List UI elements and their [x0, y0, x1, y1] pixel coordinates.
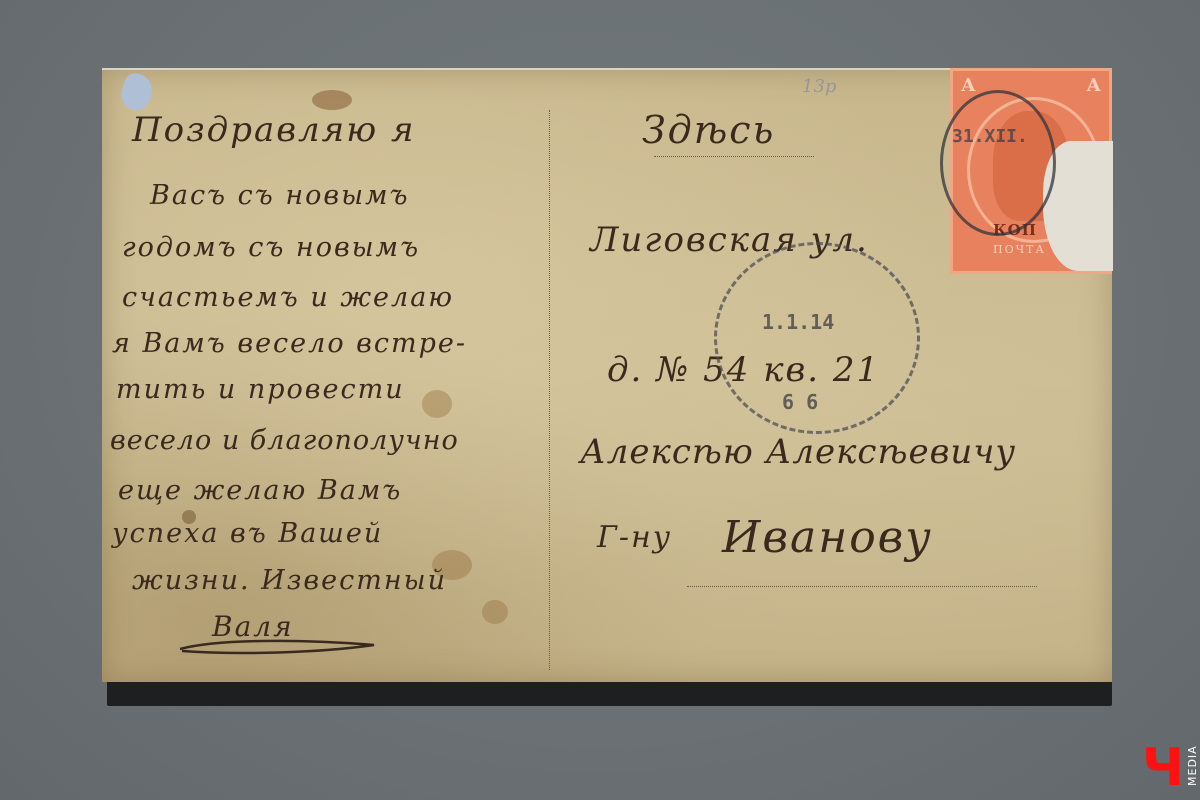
card-shadow — [107, 680, 1112, 706]
paper-chip — [118, 71, 156, 114]
message-line: счастьемъ и желаю — [122, 282, 454, 313]
signature-flourish — [178, 635, 378, 655]
watermark-text: MEDIA — [1186, 745, 1199, 786]
media-watermark: Ч MEDIA — [1142, 742, 1182, 794]
message-line: успеха въ Вашей — [112, 518, 383, 549]
message-line: годомъ съ новымъ — [122, 232, 420, 263]
stain — [482, 600, 508, 624]
message-line: еще желаю Вамъ — [118, 475, 402, 506]
watermark-glyph: Ч — [1142, 742, 1184, 794]
stain — [422, 390, 452, 418]
message-line: Васъ съ новымъ — [150, 180, 409, 211]
dotted-underline — [654, 156, 814, 157]
message-line: весело и благополучно — [110, 425, 459, 456]
stamp-label: ПОЧТА — [993, 243, 1046, 256]
stamp-corner-letter: А — [961, 75, 976, 96]
stamp-cancel-mark — [940, 90, 1056, 236]
address-surname: Иванову — [722, 512, 933, 563]
cancel-date: 31.XII. — [952, 126, 1028, 147]
message-line: я Вамъ весело встре- — [112, 328, 467, 359]
postcard: Поздравляю я Васъ съ новымъ годомъ съ но… — [102, 68, 1112, 682]
pencil-note: 13р — [802, 76, 836, 97]
postmark-code: 6 6 — [782, 390, 818, 414]
postmark-date: 1.1.14 — [762, 310, 834, 334]
center-divider — [549, 110, 550, 670]
dotted-underline — [687, 586, 1037, 587]
address-recipient: Алексѣю Алексѣевичу — [580, 432, 1016, 472]
stamp-corner-letter: А — [1086, 75, 1101, 96]
address-title: Г-ну — [597, 520, 672, 555]
message-line: Поздравляю я — [132, 110, 415, 150]
address-line-here: Здѣсь — [642, 108, 775, 152]
message-line: жизни. Известный — [132, 565, 447, 596]
message-line: тить и провести — [116, 374, 405, 405]
stain — [312, 90, 352, 110]
